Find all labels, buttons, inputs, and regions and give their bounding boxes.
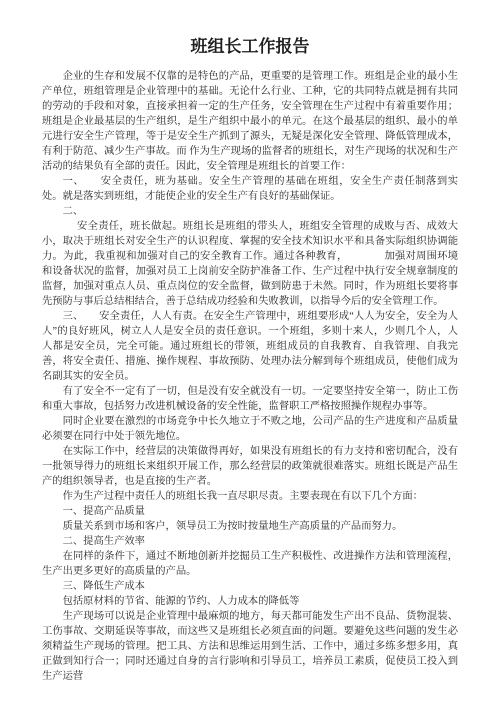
document-page: 班组长工作报告 企业的生存和发展不仅靠的是特色的产品，更重要的是管理工作。班组是… bbox=[0, 0, 500, 708]
doc-paragraph: 二、提高生产效率 bbox=[42, 534, 458, 549]
doc-paragraph: 安全责任，班长做起。班组长是班组的带头人，班组安全管理的成败与否、成效大小，取决… bbox=[42, 219, 458, 309]
doc-paragraph: 在同样的条件下，通过不断地创新并挖掘员工生产积极性、改进操作方法和管理流程，生产… bbox=[42, 549, 458, 579]
doc-paragraph: 同时企业要在激烈的市场竞争中长久地立于不败之地，公司产品的生产进度和产品质量必须… bbox=[42, 414, 458, 444]
doc-paragraph: 一、提高产品质量 bbox=[42, 504, 458, 519]
doc-paragraph: 包括原材料的节省、能源的节约、人力成本的降低等 bbox=[42, 594, 458, 609]
doc-paragraph: 质量关系到市场和客户，领导员工为按时按量地生产高质量的产品而努力。 bbox=[42, 519, 458, 534]
doc-paragraph: 一、 安全责任，班为基础。安全生产管理的基础在班组，安全生产责任制落到实处。就是… bbox=[42, 174, 458, 204]
doc-paragraph: 三、 安全责任，人人有责。在安全生产管理中，班组要形成“人人为安全，安全为人人”… bbox=[42, 309, 458, 384]
doc-paragraph: 有了安全不一定有了一切，但是没有安全就没有一切。一定要坚持安全第一，防止工伤和重… bbox=[42, 384, 458, 414]
doc-title: 班组长工作报告 bbox=[42, 37, 458, 57]
doc-paragraph: 作为生产过程中责任人的班组长我一直尽职尽责。主要表现在有以下几个方面： bbox=[42, 489, 458, 504]
doc-paragraph: 二、 bbox=[42, 204, 458, 219]
doc-paragraph: 企业的生存和发展不仅靠的是特色的产品，更重要的是管理工作。班组是企业的最小生产单… bbox=[42, 69, 458, 174]
doc-paragraph: 在实际工作中，经营层的决策做得再好，如果没有班组长的有力支持和密切配合，没有一批… bbox=[42, 444, 458, 489]
doc-paragraph: 三、降低生产成本 bbox=[42, 579, 458, 594]
doc-paragraph: 生产现场可以说是企业管理中最麻烦的地方，每天都可能发生产出不良品、货物混装、工伤… bbox=[42, 609, 458, 684]
